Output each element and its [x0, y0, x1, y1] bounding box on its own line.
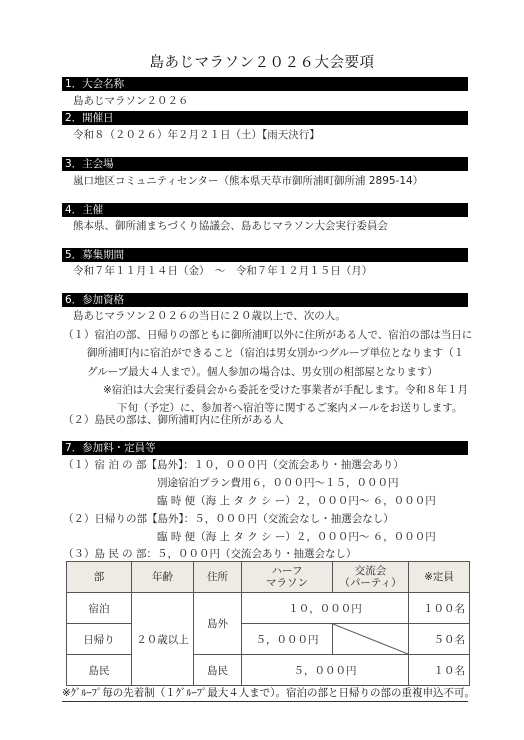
cell-division: 島民	[67, 655, 132, 686]
eligibility-item-1: （１）宿泊の部、日帰りの部ともに御所浦町以外に住所がある人で、宿泊の部は当日に	[63, 328, 472, 342]
cell-party-not-applicable	[333, 624, 409, 655]
cell-capacity: ５０名	[409, 624, 470, 655]
col-header-capacity: ※定員	[409, 562, 470, 593]
col-header-division: 部	[67, 562, 132, 593]
table-row: 日帰り ５，０００円 ５０名	[67, 624, 470, 655]
organizers: 熊本県、御所浦まちづくり協議会、島あじマラソン大会実行委員会	[73, 219, 388, 233]
event-name: 島あじマラソン２０２６	[73, 94, 189, 108]
cell-fee: １０，０００円	[242, 593, 409, 624]
table-row: 島民 島民 ５，０００円 １０名	[67, 655, 470, 686]
eligibility-note: ※宿泊は大会実行委員会から委託を受けた事業者が手配します。令和８年１月	[103, 383, 468, 397]
event-date: 令和８（２０２６）年２月２１日（土）【雨天決行】	[73, 128, 320, 142]
fee-daytrip: （２）日帰りの部【島外】：５，０００円（交流会なし・抽選会なし）	[63, 512, 394, 526]
table-row: 宿泊 ２０歳以上 島外 １０，０００円 １００名	[67, 593, 470, 624]
application-period: 令和７年１１月１４日（金） ～ 令和７年１２月１５日（月）	[73, 264, 372, 278]
cell-division: 宿泊	[67, 593, 132, 624]
fee-overnight-plan: 別途宿泊プラン費用６，０００円～１５，０００円	[157, 476, 399, 490]
section-heading-fees: 7．参加料・定員等	[62, 441, 468, 455]
cell-address: 島民	[194, 655, 242, 686]
fee-daytrip-boat: 臨 時 便（海 上 タ ク シ ー）２，０００円～ ６，０００円	[157, 530, 436, 544]
fees-table: 部 年齢 住所 ハーフ マラソン 交流会 （パーティ） ※定員 宿泊 ２０歳以上…	[66, 561, 470, 686]
fee-overnight: （１）宿 泊 の 部【島外】：１０，０００円（交流会あり・抽選会あり）	[63, 458, 404, 472]
venue: 嵐口地区コミュニティセンター（熊本県天草市御所浦町御所浦 2895-14）	[73, 174, 423, 188]
cell-address: 島外	[194, 593, 242, 655]
cell-capacity: １００名	[409, 593, 470, 624]
diagonal-line-icon	[333, 624, 408, 654]
section-heading-event-name: 1．大会名称	[62, 77, 468, 91]
cell-fee: ５，０００円	[242, 624, 333, 655]
eligibility-item-1-cont2: グループ最大４人まで）。個人参加の場合は、男女別の相部屋となります）	[87, 365, 438, 379]
section-heading-venue: 3．主会場	[62, 157, 468, 171]
section-heading-date: 2．開催日	[62, 111, 468, 125]
table-footnote: ※ｸﾞﾙｰﾌﾟ毎の先着制（１ｸﾞﾙｰﾌﾟ最大４人まで）。宿泊の部と日帰りの部の重…	[62, 685, 468, 702]
eligibility-item-1-cont: 御所浦町内に宿泊ができること（宿泊は男女別かつグループ単位となります（１	[87, 346, 464, 360]
section-heading-eligibility: 6．参加資格	[62, 293, 468, 307]
page-title: 島あじマラソン２０２６大会要項	[0, 51, 524, 72]
cell-fee: ５，０００円	[242, 655, 409, 686]
fee-residents: （３）島 民 の 部：５，０００円（交流会あり・抽選会なし）	[63, 547, 357, 561]
col-header-age: 年齢	[132, 562, 194, 593]
section-heading-application-period: 5．募集期間	[62, 248, 468, 262]
eligibility-intro: 島あじマラソン２０２６の当日に２０歳以上で、次の人。	[73, 309, 346, 323]
table-header-row: 部 年齢 住所 ハーフ マラソン 交流会 （パーティ） ※定員	[67, 562, 470, 593]
col-header-address: 住所	[194, 562, 242, 593]
section-heading-organizer: 4．主催	[62, 203, 468, 217]
cell-capacity: １０名	[409, 655, 470, 686]
eligibility-item-2: （２）島民の部は、御所浦町内に住所がある人	[63, 413, 284, 427]
cell-division: 日帰り	[67, 624, 132, 655]
fee-overnight-boat: 臨 時 便（海 上 タ ク シ ー）２，０００円～ ６，０００円	[157, 494, 436, 508]
cell-age: ２０歳以上	[132, 593, 194, 686]
col-header-party: 交流会 （パーティ）	[333, 562, 409, 593]
col-header-half-marathon: ハーフ マラソン	[242, 562, 333, 593]
